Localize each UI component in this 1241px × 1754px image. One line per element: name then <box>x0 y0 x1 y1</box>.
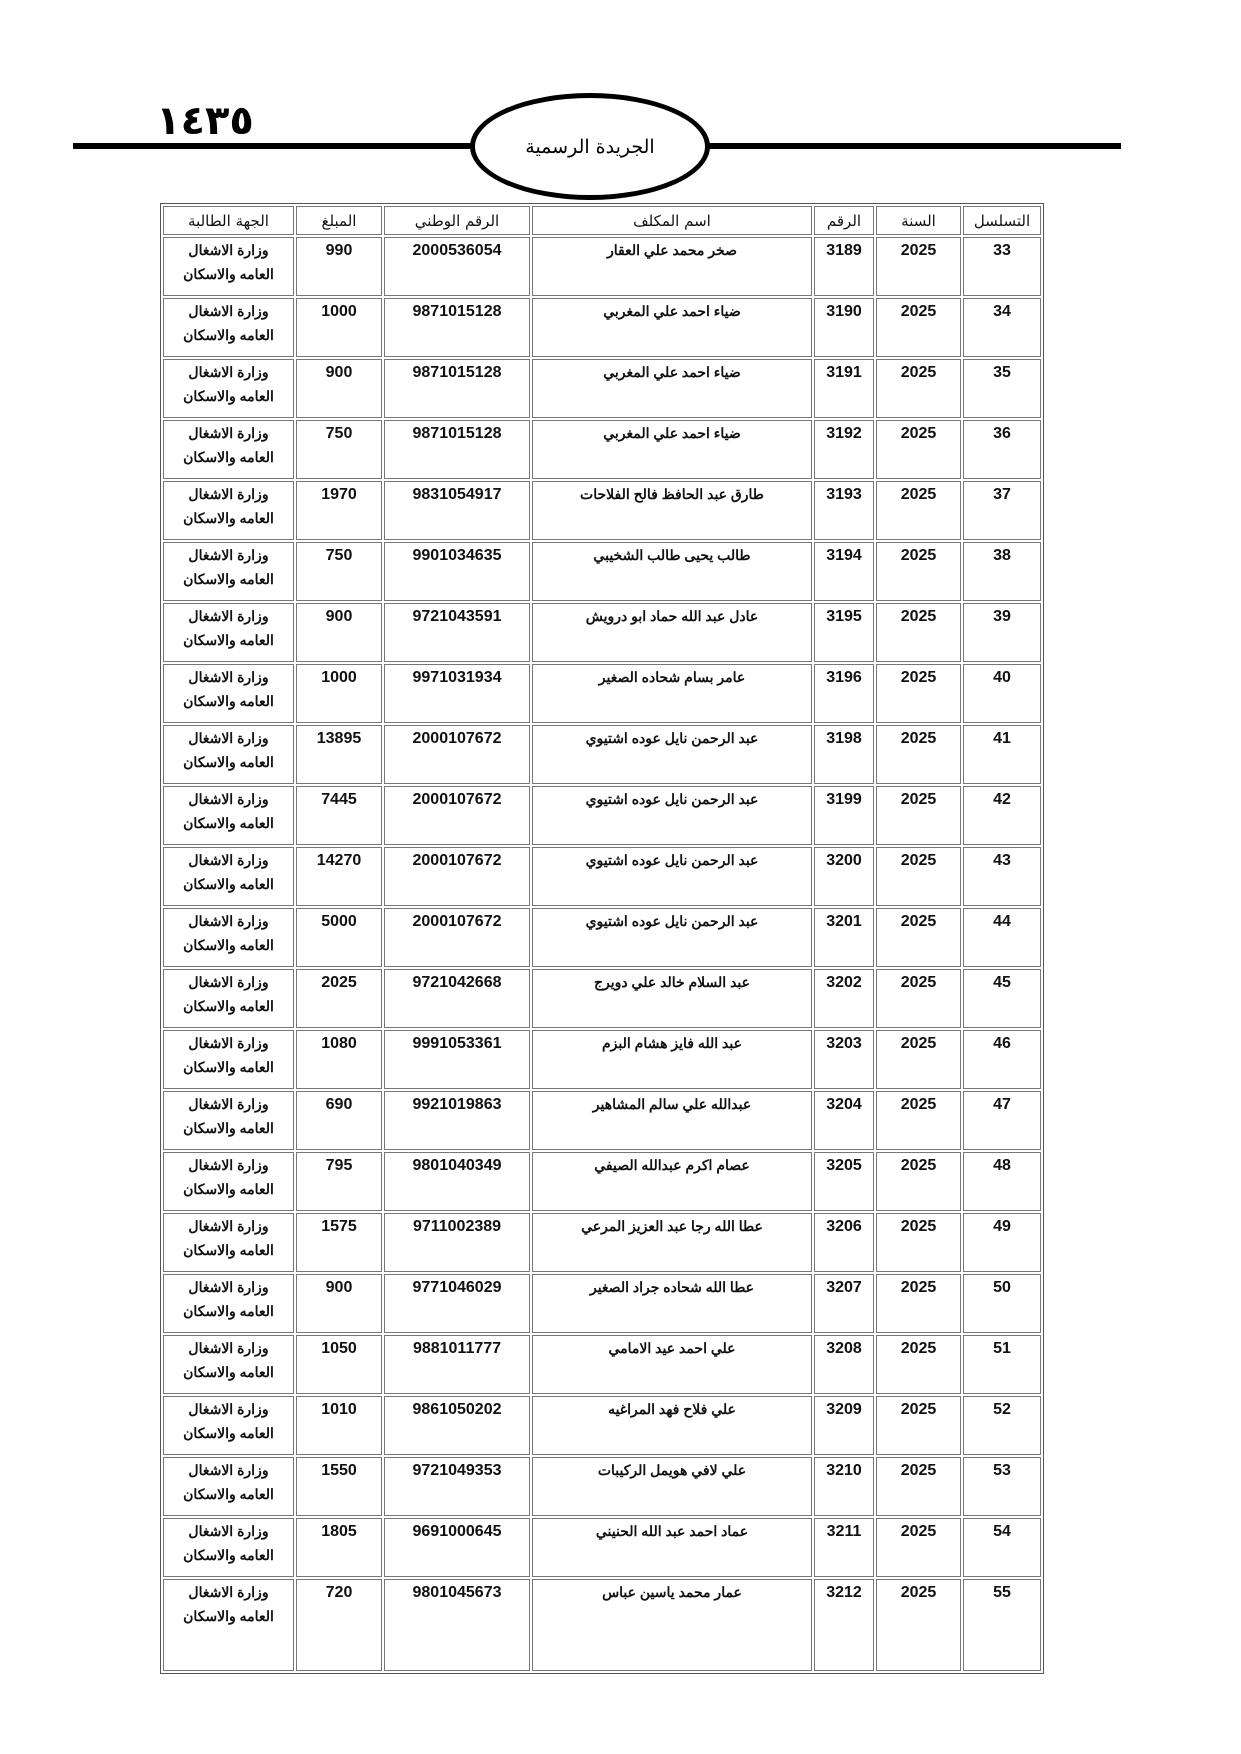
cell-name: ضياء احمد علي المغربي <box>532 298 812 357</box>
cell-year: 2025 <box>876 1030 961 1089</box>
cell-name: عبد الله فايز هشام البزم <box>532 1030 812 1089</box>
cell-amount: 1050 <box>296 1335 382 1394</box>
agency-line-1: وزارة الاشغال <box>164 970 293 994</box>
cell-serial: 46 <box>963 1030 1041 1089</box>
cell-name: عطا الله شحاده جراد الصغير <box>532 1274 812 1333</box>
table-row: 53 2025 3210 علي لافي هويمل الركيبات 972… <box>163 1457 1041 1516</box>
cell-year: 2025 <box>876 786 961 845</box>
cell-amount: 14270 <box>296 847 382 906</box>
cell-name: عادل عبد الله حماد ابو درويش <box>532 603 812 662</box>
cell-year: 2025 <box>876 664 961 723</box>
cell-amount: 1575 <box>296 1213 382 1272</box>
agency-line-2: العامه والاسكان <box>164 1421 293 1445</box>
cell-agency: وزارة الاشغال العامه والاسكان <box>163 1457 294 1516</box>
agency-line-2: العامه والاسكان <box>164 1482 293 1506</box>
cell-national-id: 9921019863 <box>384 1091 530 1150</box>
table-row: 39 2025 3195 عادل عبد الله حماد ابو دروي… <box>163 603 1041 662</box>
cell-national-id: 9991053361 <box>384 1030 530 1089</box>
cell-national-id: 9871015128 <box>384 420 530 479</box>
cell-agency: وزارة الاشغال العامه والاسكان <box>163 1091 294 1150</box>
agency-line-2: العامه والاسكان <box>164 1543 293 1567</box>
table-body: 33 2025 3189 صخر محمد علي العقار 2000536… <box>163 237 1041 1671</box>
cell-name: عبد الرحمن نايل عوده اشتيوي <box>532 786 812 845</box>
cell-national-id: 9771046029 <box>384 1274 530 1333</box>
cell-name: ضياء احمد علي المغربي <box>532 420 812 479</box>
cell-agency: وزارة الاشغال العامه والاسكان <box>163 603 294 662</box>
cell-year: 2025 <box>876 603 961 662</box>
cell-name: عمار محمد ياسين عباس <box>532 1579 812 1671</box>
cell-national-id: 9801040349 <box>384 1152 530 1211</box>
cell-national-id: 9901034635 <box>384 542 530 601</box>
cell-serial: 49 <box>963 1213 1041 1272</box>
notice-table-container: التسلسل السنة الرقم اسم المكلف الرقم الو… <box>160 203 1044 1674</box>
cell-number: 3196 <box>814 664 874 723</box>
column-header-serial: التسلسل <box>963 206 1041 235</box>
agency-line-2: العامه والاسكان <box>164 1604 293 1628</box>
cell-national-id: 9711002389 <box>384 1213 530 1272</box>
cell-amount: 990 <box>296 237 382 296</box>
cell-serial: 55 <box>963 1579 1041 1671</box>
cell-serial: 43 <box>963 847 1041 906</box>
agency-line-2: العامه والاسكان <box>164 506 293 530</box>
agency-line-2: العامه والاسكان <box>164 750 293 774</box>
cell-amount: 1000 <box>296 298 382 357</box>
cell-national-id: 9801045673 <box>384 1579 530 1671</box>
table-row: 54 2025 3211 عماد احمد عبد الله الحنيني … <box>163 1518 1041 1577</box>
cell-agency: وزارة الاشغال العامه والاسكان <box>163 298 294 357</box>
cell-year: 2025 <box>876 298 961 357</box>
cell-number: 3205 <box>814 1152 874 1211</box>
cell-amount: 1970 <box>296 481 382 540</box>
agency-line-2: العامه والاسكان <box>164 872 293 896</box>
agency-line-1: وزارة الاشغال <box>164 238 293 262</box>
cell-amount: 1805 <box>296 1518 382 1577</box>
agency-line-2: العامه والاسكان <box>164 1116 293 1140</box>
cell-name: طالب يحيى طالب الشخيبي <box>532 542 812 601</box>
table-row: 40 2025 3196 عامر بسام شحاده الصغير 9971… <box>163 664 1041 723</box>
cell-number: 3203 <box>814 1030 874 1089</box>
table-row: 47 2025 3204 عبدالله علي سالم المشاهير 9… <box>163 1091 1041 1150</box>
cell-year: 2025 <box>876 1579 961 1671</box>
cell-agency: وزارة الاشغال العامه والاسكان <box>163 1335 294 1394</box>
cell-number: 3195 <box>814 603 874 662</box>
cell-number: 3191 <box>814 359 874 418</box>
cell-year: 2025 <box>876 1274 961 1333</box>
cell-serial: 53 <box>963 1457 1041 1516</box>
cell-agency: وزارة الاشغال العامه والاسكان <box>163 1579 294 1671</box>
cell-national-id: 9871015128 <box>384 359 530 418</box>
cell-agency: وزارة الاشغال العامه والاسكان <box>163 1274 294 1333</box>
cell-serial: 34 <box>963 298 1041 357</box>
agency-line-1: وزارة الاشغال <box>164 1275 293 1299</box>
cell-serial: 35 <box>963 359 1041 418</box>
cell-year: 2025 <box>876 481 961 540</box>
table-row: 49 2025 3206 عطا الله رجا عبد العزيز الم… <box>163 1213 1041 1272</box>
cell-name: صخر محمد علي العقار <box>532 237 812 296</box>
cell-agency: وزارة الاشغال العامه والاسكان <box>163 1396 294 1455</box>
column-header-number: الرقم <box>814 206 874 235</box>
cell-agency: وزارة الاشغال العامه والاسكان <box>163 725 294 784</box>
cell-number: 3190 <box>814 298 874 357</box>
cell-amount: 1080 <box>296 1030 382 1089</box>
cell-amount: 1550 <box>296 1457 382 1516</box>
cell-name: عبدالله علي سالم المشاهير <box>532 1091 812 1150</box>
agency-line-2: العامه والاسكان <box>164 1299 293 1323</box>
cell-national-id: 2000107672 <box>384 908 530 967</box>
agency-line-1: وزارة الاشغال <box>164 421 293 445</box>
cell-number: 3209 <box>814 1396 874 1455</box>
table-row: 55 2025 3212 عمار محمد ياسين عباس 980104… <box>163 1579 1041 1671</box>
table-row: 52 2025 3209 علي فلاح فهد المراغيه 98610… <box>163 1396 1041 1455</box>
agency-line-2: العامه والاسكان <box>164 1055 293 1079</box>
cell-national-id: 9721042668 <box>384 969 530 1028</box>
cell-number: 3211 <box>814 1518 874 1577</box>
cell-number: 3189 <box>814 237 874 296</box>
cell-number: 3198 <box>814 725 874 784</box>
cell-year: 2025 <box>876 1335 961 1394</box>
cell-number: 3192 <box>814 420 874 479</box>
cell-year: 2025 <box>876 359 961 418</box>
agency-line-1: وزارة الاشغال <box>164 543 293 567</box>
agency-line-2: العامه والاسكان <box>164 689 293 713</box>
cell-agency: وزارة الاشغال العامه والاسكان <box>163 542 294 601</box>
agency-line-1: وزارة الاشغال <box>164 665 293 689</box>
agency-line-1: وزارة الاشغال <box>164 848 293 872</box>
agency-line-1: وزارة الاشغال <box>164 1153 293 1177</box>
cell-name: عبد السلام خالد علي دويرج <box>532 969 812 1028</box>
agency-line-2: العامه والاسكان <box>164 323 293 347</box>
column-header-agency: الجهة الطالبة <box>163 206 294 235</box>
agency-line-2: العامه والاسكان <box>164 933 293 957</box>
agency-line-1: وزارة الاشغال <box>164 1092 293 1116</box>
table-row: 50 2025 3207 عطا الله شحاده جراد الصغير … <box>163 1274 1041 1333</box>
table-row: 43 2025 3200 عبد الرحمن نايل عوده اشتيوي… <box>163 847 1041 906</box>
agency-line-1: وزارة الاشغال <box>164 1336 293 1360</box>
cell-agency: وزارة الاشغال العامه والاسكان <box>163 359 294 418</box>
cell-national-id: 9721043591 <box>384 603 530 662</box>
cell-national-id: 9971031934 <box>384 664 530 723</box>
cell-serial: 41 <box>963 725 1041 784</box>
cell-serial: 33 <box>963 237 1041 296</box>
agency-line-2: العامه والاسكان <box>164 445 293 469</box>
cell-national-id: 9881011777 <box>384 1335 530 1394</box>
cell-number: 3199 <box>814 786 874 845</box>
cell-year: 2025 <box>876 542 961 601</box>
cell-number: 3210 <box>814 1457 874 1516</box>
agency-line-1: وزارة الاشغال <box>164 299 293 323</box>
cell-name: طارق عبد الحافظ فالح الفلاحات <box>532 481 812 540</box>
cell-year: 2025 <box>876 237 961 296</box>
agency-line-1: وزارة الاشغال <box>164 1214 293 1238</box>
cell-agency: وزارة الاشغال العامه والاسكان <box>163 847 294 906</box>
cell-national-id: 2000107672 <box>384 786 530 845</box>
agency-line-1: وزارة الاشغال <box>164 482 293 506</box>
cell-amount: 13895 <box>296 725 382 784</box>
cell-number: 3200 <box>814 847 874 906</box>
cell-number: 3193 <box>814 481 874 540</box>
agency-line-2: العامه والاسكان <box>164 628 293 652</box>
table-row: 45 2025 3202 عبد السلام خالد علي دويرج 9… <box>163 969 1041 1028</box>
cell-name: عبد الرحمن نايل عوده اشتيوي <box>532 725 812 784</box>
agency-line-1: وزارة الاشغال <box>164 1031 293 1055</box>
cell-agency: وزارة الاشغال العامه والاسكان <box>163 481 294 540</box>
cell-serial: 40 <box>963 664 1041 723</box>
notice-table: التسلسل السنة الرقم اسم المكلف الرقم الو… <box>160 203 1044 1674</box>
cell-agency: وزارة الاشغال العامه والاسكان <box>163 969 294 1028</box>
cell-serial: 42 <box>963 786 1041 845</box>
agency-line-1: وزارة الاشغال <box>164 1580 293 1604</box>
cell-agency: وزارة الاشغال العامه والاسكان <box>163 1213 294 1272</box>
agency-line-1: وزارة الاشغال <box>164 1458 293 1482</box>
cell-year: 2025 <box>876 725 961 784</box>
table-row: 36 2025 3192 ضياء احمد علي المغربي 98710… <box>163 420 1041 479</box>
agency-line-2: العامه والاسكان <box>164 384 293 408</box>
cell-national-id: 9691000645 <box>384 1518 530 1577</box>
publication-title: الجريدة الرسمية <box>525 136 654 158</box>
cell-year: 2025 <box>876 1396 961 1455</box>
table-row: 48 2025 3205 عصام اكرم عبدالله الصيفي 98… <box>163 1152 1041 1211</box>
cell-name: عبد الرحمن نايل عوده اشتيوي <box>532 847 812 906</box>
cell-national-id: 2000107672 <box>384 847 530 906</box>
cell-national-id: 2000107672 <box>384 725 530 784</box>
table-header-row: التسلسل السنة الرقم اسم المكلف الرقم الو… <box>163 206 1041 235</box>
table-row: 38 2025 3194 طالب يحيى طالب الشخيبي 9901… <box>163 542 1041 601</box>
cell-year: 2025 <box>876 420 961 479</box>
cell-name: عامر بسام شحاده الصغير <box>532 664 812 723</box>
masthead-oval: الجريدة الرسمية <box>470 93 710 200</box>
cell-amount: 900 <box>296 1274 382 1333</box>
table-row: 37 2025 3193 طارق عبد الحافظ فالح الفلاح… <box>163 481 1041 540</box>
cell-number: 3194 <box>814 542 874 601</box>
cell-serial: 54 <box>963 1518 1041 1577</box>
cell-national-id: 9721049353 <box>384 1457 530 1516</box>
agency-line-2: العامه والاسكان <box>164 811 293 835</box>
cell-number: 3202 <box>814 969 874 1028</box>
cell-agency: وزارة الاشغال العامه والاسكان <box>163 1030 294 1089</box>
cell-amount: 1010 <box>296 1396 382 1455</box>
cell-amount: 900 <box>296 359 382 418</box>
agency-line-2: العامه والاسكان <box>164 262 293 286</box>
cell-number: 3207 <box>814 1274 874 1333</box>
cell-amount: 750 <box>296 420 382 479</box>
cell-serial: 38 <box>963 542 1041 601</box>
cell-name: ضياء احمد علي المغربي <box>532 359 812 418</box>
cell-name: عصام اكرم عبدالله الصيفي <box>532 1152 812 1211</box>
cell-number: 3201 <box>814 908 874 967</box>
cell-name: علي فلاح فهد المراغيه <box>532 1396 812 1455</box>
cell-year: 2025 <box>876 847 961 906</box>
cell-year: 2025 <box>876 1091 961 1150</box>
page-number: ١٤٣٥ <box>150 96 260 146</box>
agency-line-2: العامه والاسكان <box>164 1360 293 1384</box>
cell-national-id: 9861050202 <box>384 1396 530 1455</box>
agency-line-1: وزارة الاشغال <box>164 604 293 628</box>
cell-name: عطا الله رجا عبد العزيز المرعي <box>532 1213 812 1272</box>
cell-name: عماد احمد عبد الله الحنيني <box>532 1518 812 1577</box>
cell-national-id: 2000536054 <box>384 237 530 296</box>
column-header-national-id: الرقم الوطني <box>384 206 530 235</box>
cell-agency: وزارة الاشغال العامه والاسكان <box>163 237 294 296</box>
column-header-year: السنة <box>876 206 961 235</box>
cell-serial: 50 <box>963 1274 1041 1333</box>
agency-line-1: وزارة الاشغال <box>164 726 293 750</box>
cell-name: علي لافي هويمل الركيبات <box>532 1457 812 1516</box>
cell-serial: 39 <box>963 603 1041 662</box>
cell-national-id: 9831054917 <box>384 481 530 540</box>
agency-line-2: العامه والاسكان <box>164 567 293 591</box>
cell-number: 3208 <box>814 1335 874 1394</box>
agency-line-1: وزارة الاشغال <box>164 1519 293 1543</box>
cell-amount: 2025 <box>296 969 382 1028</box>
cell-name: علي احمد عيد الامامي <box>532 1335 812 1394</box>
cell-amount: 5000 <box>296 908 382 967</box>
cell-agency: وزارة الاشغال العامه والاسكان <box>163 664 294 723</box>
agency-line-2: العامه والاسكان <box>164 1177 293 1201</box>
cell-year: 2025 <box>876 1213 961 1272</box>
cell-year: 2025 <box>876 1152 961 1211</box>
table-row: 33 2025 3189 صخر محمد علي العقار 2000536… <box>163 237 1041 296</box>
cell-serial: 37 <box>963 481 1041 540</box>
cell-year: 2025 <box>876 908 961 967</box>
agency-line-2: العامه والاسكان <box>164 1238 293 1262</box>
cell-year: 2025 <box>876 969 961 1028</box>
cell-agency: وزارة الاشغال العامه والاسكان <box>163 908 294 967</box>
cell-agency: وزارة الاشغال العامه والاسكان <box>163 1152 294 1211</box>
table-row: 41 2025 3198 عبد الرحمن نايل عوده اشتيوي… <box>163 725 1041 784</box>
table-row: 51 2025 3208 علي احمد عيد الامامي 988101… <box>163 1335 1041 1394</box>
cell-amount: 720 <box>296 1579 382 1671</box>
cell-serial: 36 <box>963 420 1041 479</box>
cell-serial: 44 <box>963 908 1041 967</box>
agency-line-1: وزارة الاشغال <box>164 360 293 384</box>
cell-number: 3212 <box>814 1579 874 1671</box>
cell-number: 3204 <box>814 1091 874 1150</box>
cell-serial: 47 <box>963 1091 1041 1150</box>
cell-amount: 750 <box>296 542 382 601</box>
agency-line-1: وزارة الاشغال <box>164 787 293 811</box>
cell-serial: 52 <box>963 1396 1041 1455</box>
cell-serial: 45 <box>963 969 1041 1028</box>
agency-line-1: وزارة الاشغال <box>164 1397 293 1421</box>
agency-line-1: وزارة الاشغال <box>164 909 293 933</box>
column-header-amount: المبلغ <box>296 206 382 235</box>
table-row: 35 2025 3191 ضياء احمد علي المغربي 98710… <box>163 359 1041 418</box>
cell-number: 3206 <box>814 1213 874 1272</box>
table-row: 46 2025 3203 عبد الله فايز هشام البزم 99… <box>163 1030 1041 1089</box>
cell-amount: 7445 <box>296 786 382 845</box>
cell-name: عبد الرحمن نايل عوده اشتيوي <box>532 908 812 967</box>
cell-serial: 48 <box>963 1152 1041 1211</box>
cell-agency: وزارة الاشغال العامه والاسكان <box>163 786 294 845</box>
cell-national-id: 9871015128 <box>384 298 530 357</box>
table-row: 34 2025 3190 ضياء احمد علي المغربي 98710… <box>163 298 1041 357</box>
cell-year: 2025 <box>876 1457 961 1516</box>
cell-year: 2025 <box>876 1518 961 1577</box>
cell-amount: 690 <box>296 1091 382 1150</box>
table-row: 42 2025 3199 عبد الرحمن نايل عوده اشتيوي… <box>163 786 1041 845</box>
cell-agency: وزارة الاشغال العامه والاسكان <box>163 420 294 479</box>
cell-serial: 51 <box>963 1335 1041 1394</box>
table-row: 44 2025 3201 عبد الرحمن نايل عوده اشتيوي… <box>163 908 1041 967</box>
cell-amount: 1000 <box>296 664 382 723</box>
column-header-name: اسم المكلف <box>532 206 812 235</box>
cell-agency: وزارة الاشغال العامه والاسكان <box>163 1518 294 1577</box>
agency-line-2: العامه والاسكان <box>164 994 293 1018</box>
cell-amount: 795 <box>296 1152 382 1211</box>
cell-amount: 900 <box>296 603 382 662</box>
